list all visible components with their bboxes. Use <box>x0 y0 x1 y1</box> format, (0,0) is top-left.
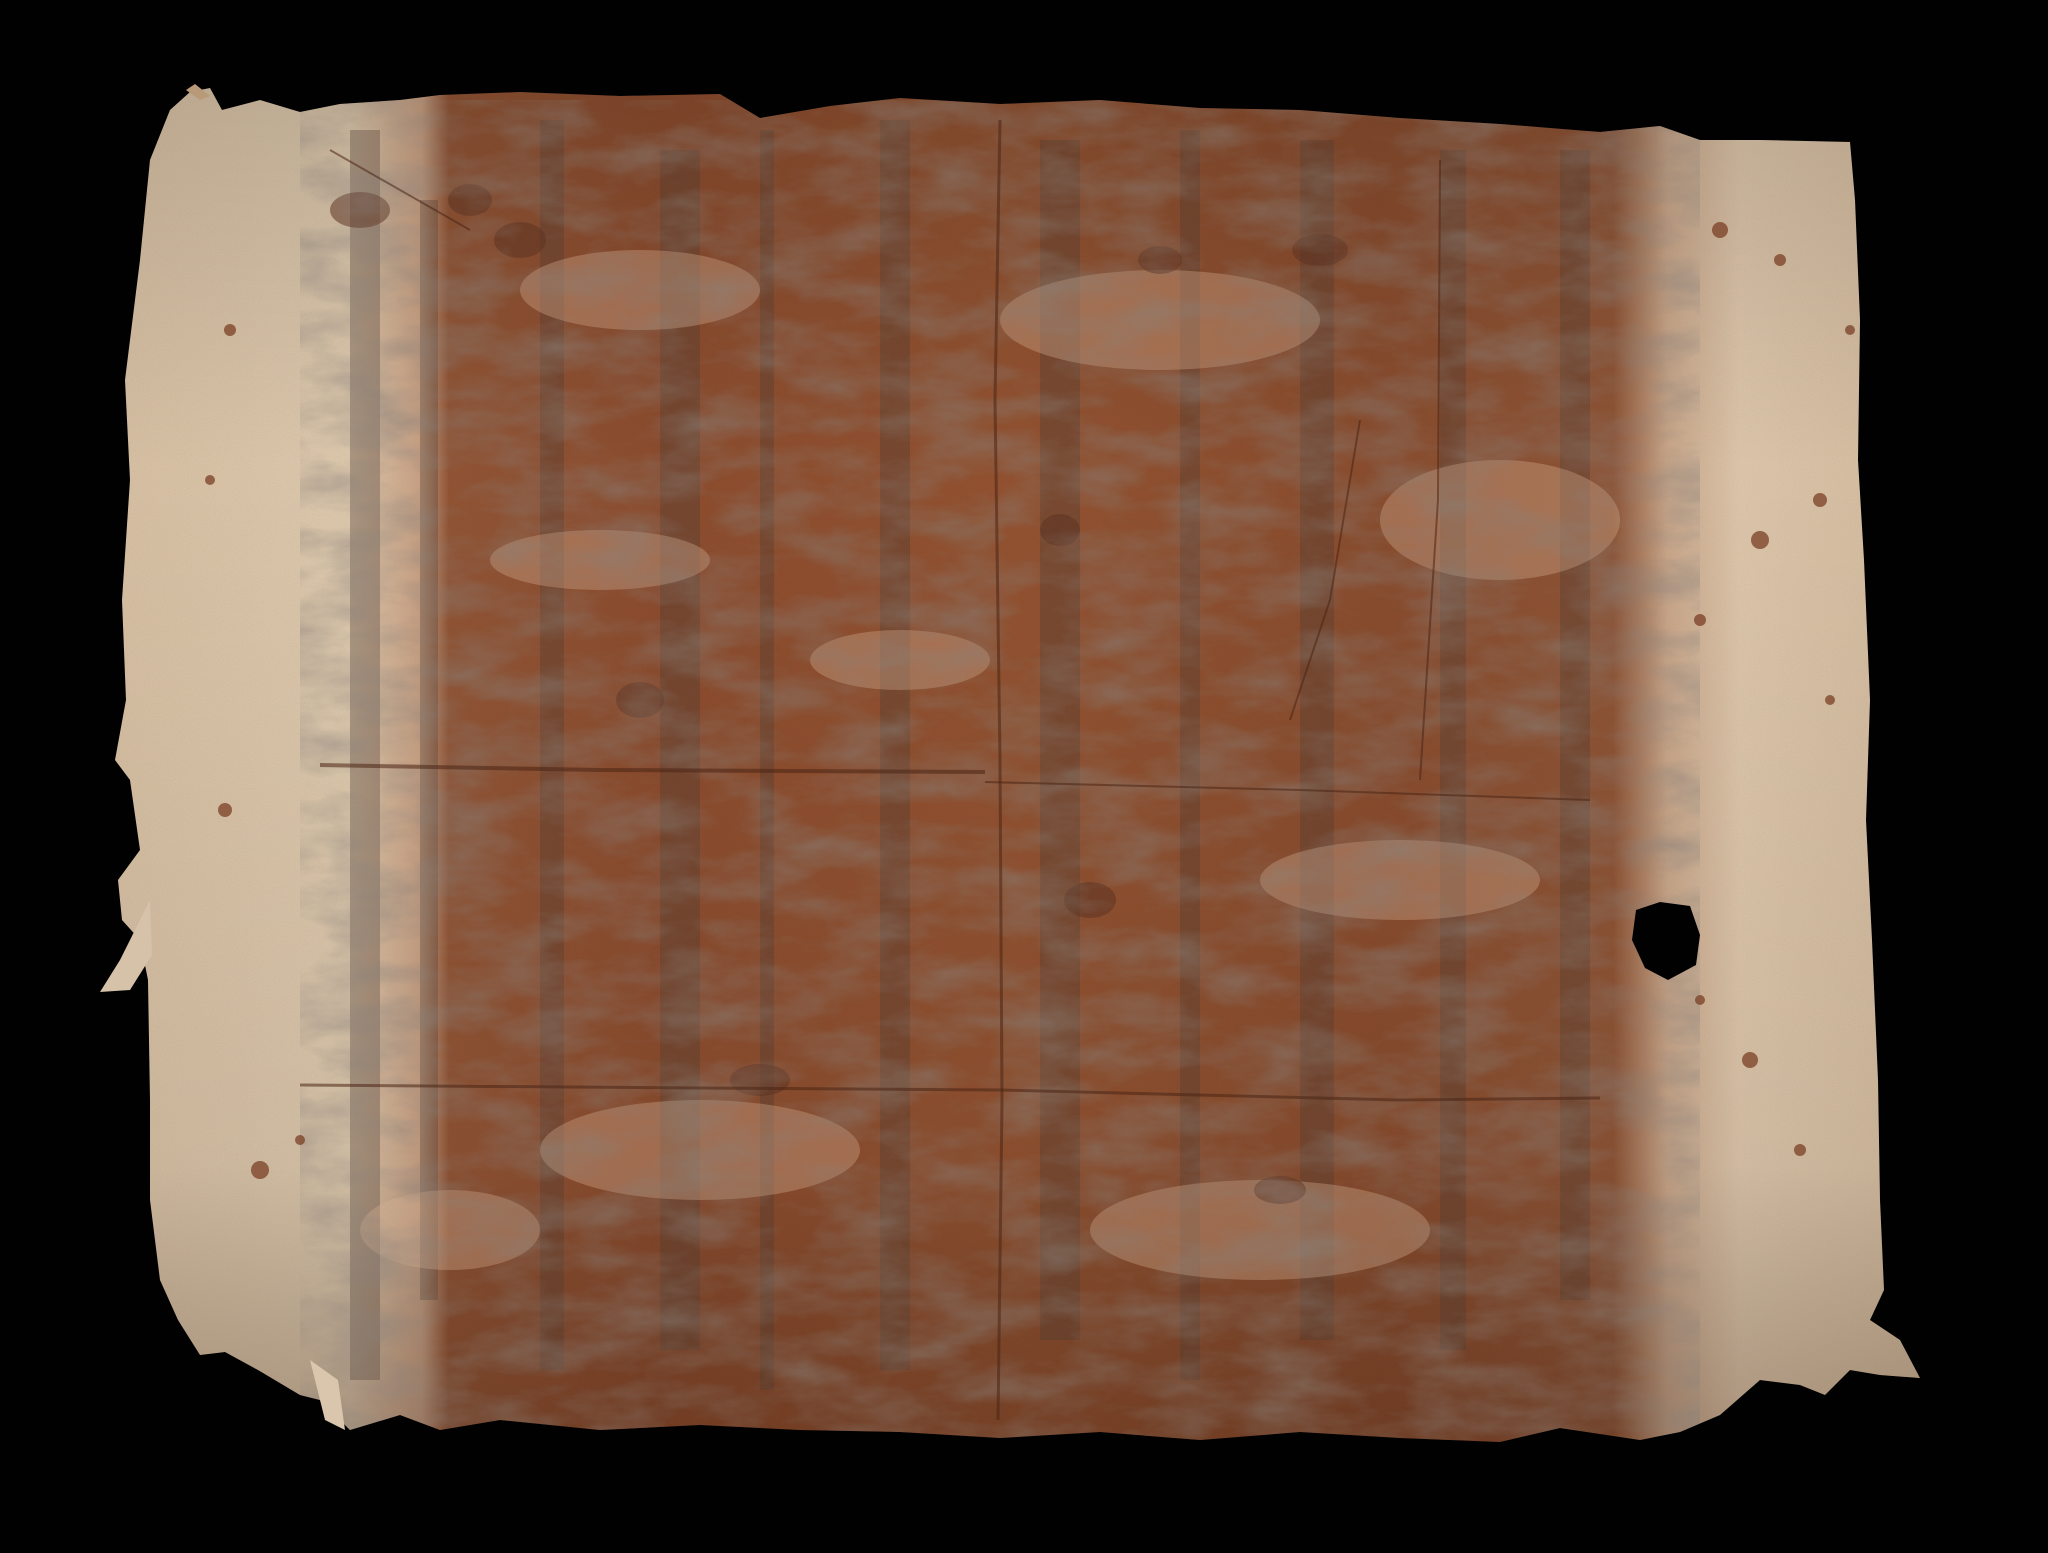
cloth-body <box>0 0 2048 1553</box>
bark-cloth-textile <box>0 0 2048 1553</box>
photo-background: Aged bark cloth textile <box>0 0 2048 1553</box>
